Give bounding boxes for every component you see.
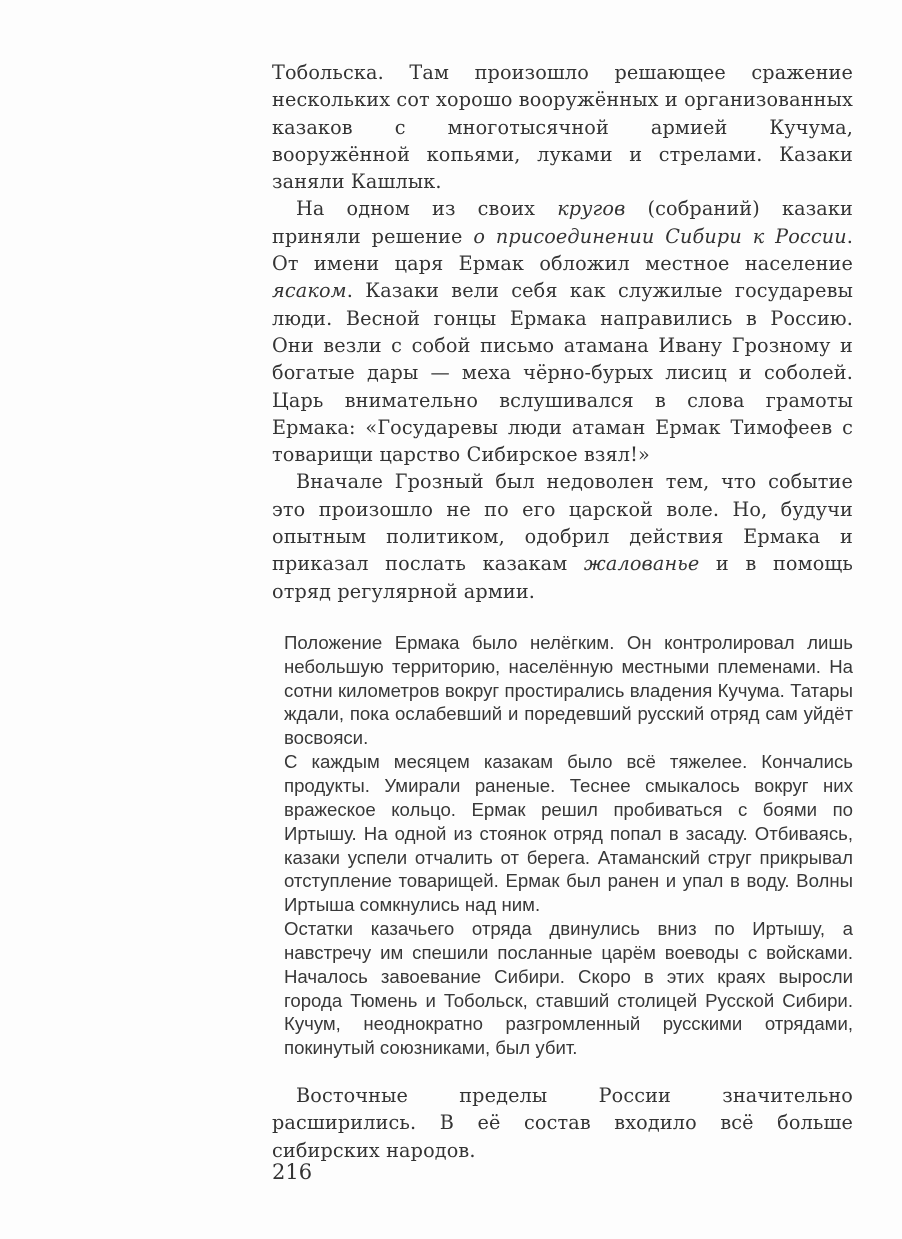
textbook-page: Тобольска. Там произошло решающее сражен…	[272, 59, 853, 1164]
main-text: Тобольска. Там произошло решающее сражен…	[272, 59, 853, 605]
insert-paragraph-1: Положение Ермака было нелёгким. Он контр…	[284, 631, 853, 750]
paragraph-3: Вначале Грозный был недоволен тем, что с…	[272, 468, 853, 604]
term-zhalovanye: жалованье	[584, 552, 699, 575]
closing-text: Восточные пределы России значительно рас…	[272, 1082, 853, 1164]
page-number: 216	[272, 1160, 312, 1184]
insert-paragraph-3: Остатки казачьего отряда двинулись вниз …	[284, 917, 853, 1060]
paragraph-1-text: Тобольска. Там произошло решающее сражен…	[272, 61, 853, 193]
supplementary-text-box: Положение Ермака было нелёгким. Он контр…	[272, 631, 853, 1060]
paragraph-2-text-d: . Казаки вели себя как служилые государе…	[272, 279, 853, 466]
term-yasak: ясаком	[272, 279, 347, 302]
insert-paragraph-2: С каждым месяцем казакам было всё тяжеле…	[284, 750, 853, 917]
paragraph-2: На одном из своих кругов (собраний) каза…	[272, 195, 853, 468]
term-prisoedinenie: о присоединении Сибири к России	[473, 225, 846, 248]
paragraph-1: Тобольска. Там произошло решающее сражен…	[272, 59, 853, 195]
term-krugov: кругов	[557, 197, 625, 220]
paragraph-2-text-a: На одном из своих	[296, 197, 557, 220]
closing-paragraph: Восточные пределы России значительно рас…	[272, 1082, 853, 1164]
